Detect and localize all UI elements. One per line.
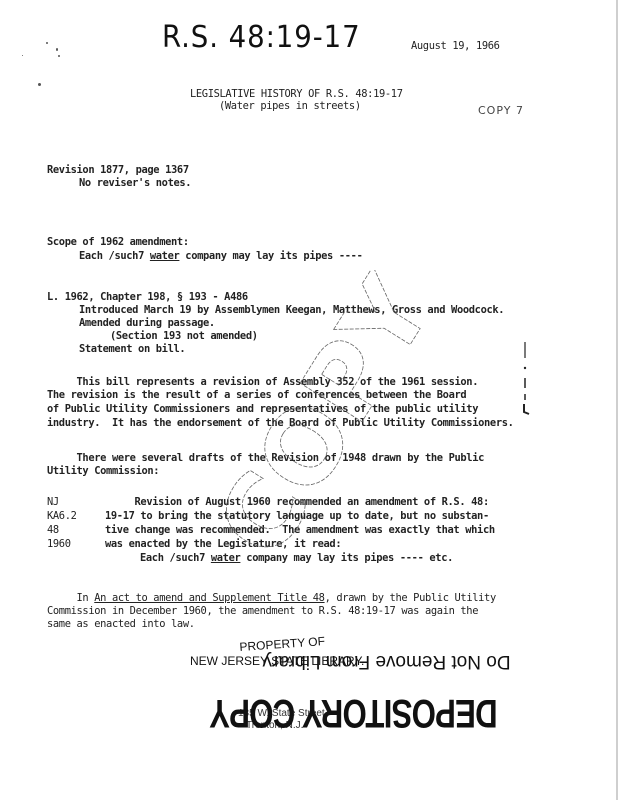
law-statement: Statement on bill. (79, 342, 185, 356)
document-date: August 19, 1966 (411, 39, 500, 53)
bill-paragraph-line: This bill represents a revision of Assem… (47, 375, 478, 389)
scan-speck (56, 48, 58, 51)
depository-copy-stamp: DEPOSITORY COPY (275, 690, 497, 735)
law-introduced: Introduced March 19 by Assemblymen Keega… (79, 303, 504, 317)
scan-speck (58, 55, 60, 57)
call-number-line: NJ (47, 495, 59, 509)
scan-speck (46, 42, 48, 44)
act-paragraph-line: Commission in December 1960, the amendme… (47, 604, 478, 618)
do-not-remove-stamp: Do Not Remove From Library (244, 650, 529, 672)
act-paragraph-line: same as enacted into law. (47, 617, 195, 631)
revision-1960-line: was enacted by the Legislature, it read: (105, 537, 341, 551)
call-number-line: 48 (47, 523, 59, 537)
bill-paragraph-line: of Public Utility Commissioners and repr… (47, 402, 478, 416)
bill-paragraph-line: industry. It has the endorsement of the … (47, 416, 514, 430)
scope-heading: Scope of 1962 amendment: (47, 235, 189, 249)
drafts-paragraph-line: There were several drafts of the Revisio… (47, 451, 484, 465)
revision-1960-quote: Each /such7 water company may lay its pi… (140, 551, 453, 565)
revision-1877-note: No reviser's notes. (79, 176, 191, 190)
handwritten-citation: R.S. 48:19-17 (162, 20, 361, 55)
law-section-note: (Section 193 not amended) (110, 329, 258, 343)
call-number-line: KA6.2 (47, 509, 77, 523)
revision-1960-line: Revision of August 1960 recommended an a… (105, 495, 489, 509)
document-subtitle: (Water pipes in streets) (219, 99, 361, 113)
scan-speck (22, 55, 23, 56)
act-paragraph-line: In An act to amend and Supplement Title … (47, 591, 496, 605)
revision-1877-heading: Revision 1877, page 1367 (47, 163, 189, 177)
law-amended: Amended during passage. (79, 316, 215, 330)
law-citation: L. 1962, Chapter 198, § 193 - A486 (47, 290, 248, 304)
margin-bracket-mark (520, 340, 536, 420)
revision-1960-line: 19-17 to bring the statutory language up… (105, 509, 489, 523)
bill-paragraph-line: The revision is the result of a series o… (47, 388, 466, 402)
revision-1960-line: tive change was recommended. The amendme… (105, 523, 495, 537)
drafts-paragraph-line: Utility Commission: (47, 464, 159, 478)
handwritten-copy-note: COPY 7 (478, 104, 524, 117)
call-number-line: 1960 (47, 537, 71, 551)
scan-speck (38, 83, 41, 86)
scope-text: Each /such7 water company may lay its pi… (79, 249, 362, 263)
